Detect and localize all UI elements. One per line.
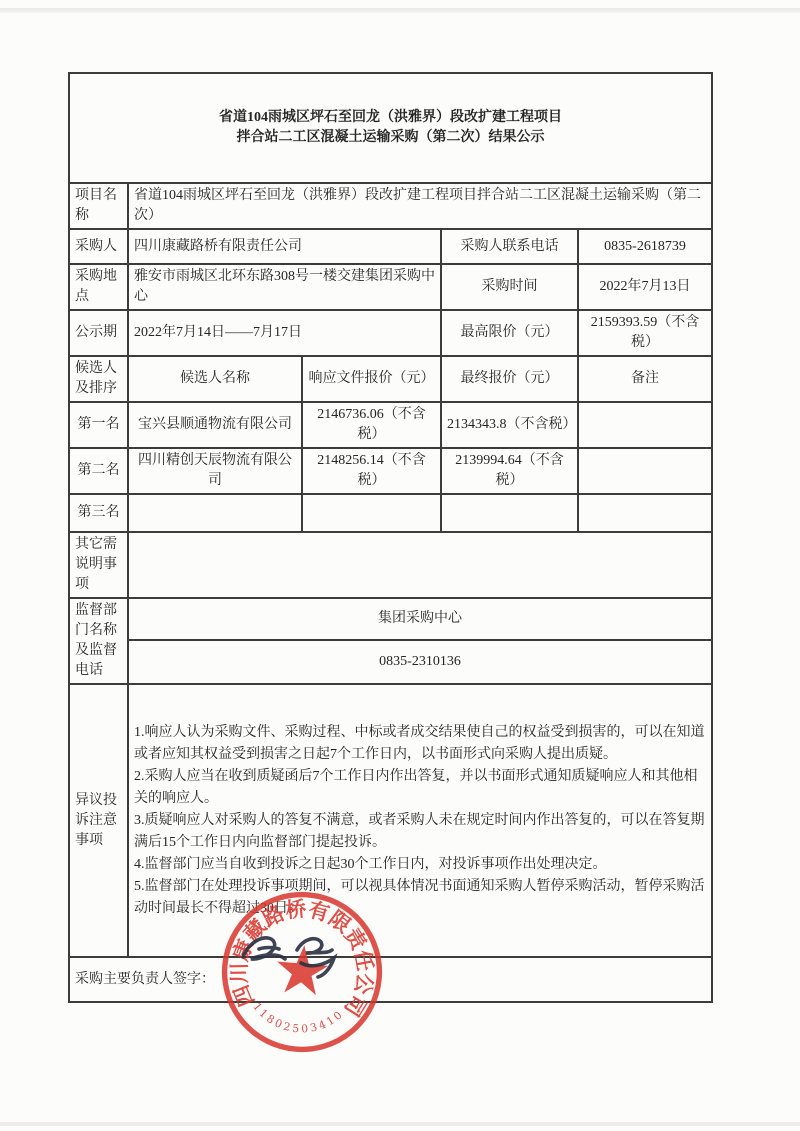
note-cell [578,402,712,448]
supervision-phone: 0835-2310136 [128,640,712,684]
title-line-1: 省道104雨城区坪石至回龙（洪雅界）段改扩建工程项目 [75,108,706,128]
price-limit-value: 2159393.59（不含税） [578,310,712,356]
signature-line: 采购主要负责人签字： [69,957,712,1002]
rank-cell: 第二名 [69,448,128,494]
response-price-cell [302,494,441,532]
scan-artifact-top [0,8,800,13]
col-header-candidate-name: 候选人名称 [128,356,302,402]
publicity-row: 公示期 2022年7月14日——7月17日 最高限价（元） 2159393.59… [69,310,712,356]
supervision-department: 集团采购中心 [128,598,712,640]
signature-label: 采购主要负责人签字： [75,972,215,987]
objection-content: 1.响应人认为采购文件、采购过程、中标或者成交结果使自己的权益受到损害的，可以在… [128,684,712,957]
purchaser-row: 采购人 四川康藏路桥有限责任公司 采购人联系电话 0835-2618739 [69,229,712,264]
rank-cell: 第三名 [69,494,128,532]
candidate-row-1: 第一名 宝兴县顺通物流有限公司 2146736.06（不含税） 2134343.… [69,402,712,448]
objection-row: 异议投诉注意事项 1.响应人认为采购文件、采购过程、中标或者成交结果使自己的权益… [69,684,712,957]
candidates-header-row: 候选人及排序 候选人名称 响应文件报价（元） 最终报价（元） 备注 [69,356,712,402]
response-price-cell: 2146736.06（不含税） [302,402,441,448]
signature-row: 采购主要负责人签字： [69,957,712,1002]
candidate-row-2: 第二名 四川精创天辰物流有限公司 2148256.14（不含税） 2139994… [69,448,712,494]
candidate-name-cell: 宝兴县顺通物流有限公司 [128,402,302,448]
price-limit-label: 最高限价（元） [441,310,578,356]
location-value: 雅安市雨城区北环东路308号一楼交建集团采购中心 [128,264,441,310]
objection-clause-1: 1.响应人认为采购文件、采购过程、中标或者成交结果使自己的权益受到损害的，可以在… [134,722,706,766]
candidate-name-cell [128,494,302,532]
objection-label: 异议投诉注意事项 [69,684,128,957]
final-price-cell: 2134343.8（不含税） [441,402,578,448]
final-price-cell [441,494,578,532]
response-price-cell: 2148256.14（不含税） [302,448,441,494]
candidates-corner-label: 候选人及排序 [69,356,128,402]
col-header-note: 备注 [578,356,712,402]
note-cell [578,448,712,494]
scan-artifact-bottom [0,1122,800,1126]
project-name-value: 省道104雨城区坪石至回龙（洪雅界）段改扩建工程项目拌合站二工区混凝土运输采购（… [128,183,712,229]
project-name-label: 项目名称 [69,183,128,229]
document-title: 省道104雨城区坪石至回龙（洪雅界）段改扩建工程项目 拌合站二工区混凝土运输采购… [69,73,712,183]
purchase-time-value: 2022年7月13日 [578,264,712,310]
candidate-name-cell: 四川精创天辰物流有限公司 [128,448,302,494]
other-notes-label: 其它需说明事项 [69,532,128,598]
announcement-table: 省道104雨城区坪石至回龙（洪雅界）段改扩建工程项目 拌合站二工区混凝土运输采购… [68,72,713,1003]
objection-clause-5: 5.监督部门在处理投诉事项期间，可以视具体情况书面通知采购人暂停采购活动，暂停采… [134,876,706,920]
note-cell [578,494,712,532]
title-row: 省道104雨城区坪石至回龙（洪雅界）段改扩建工程项目 拌合站二工区混凝土运输采购… [69,73,712,183]
project-name-row: 项目名称 省道104雨城区坪石至回龙（洪雅界）段改扩建工程项目拌合站二工区混凝土… [69,183,712,229]
purchaser-phone-label: 采购人联系电话 [441,229,578,264]
purchase-time-label: 采购时间 [441,264,578,310]
objection-clause-4: 4.监督部门应当自收到投诉之日起30个工作日内，对投诉事项作出处理决定。 [134,854,706,876]
publicity-value: 2022年7月14日——7月17日 [128,310,441,356]
title-line-2: 拌合站二工区混凝土运输采购（第二次）结果公示 [75,128,706,148]
candidate-row-3: 第三名 [69,494,712,532]
scanned-document-page: 省道104雨城区坪石至回龙（洪雅界）段改扩建工程项目 拌合站二工区混凝土运输采购… [0,0,800,1131]
col-header-response-price: 响应文件报价（元） [302,356,441,402]
supervision-label: 监督部门名称及监督电话 [69,598,128,684]
final-price-cell: 2139994.64（不含税） [441,448,578,494]
other-notes-row: 其它需说明事项 [69,532,712,598]
purchaser-label: 采购人 [69,229,128,264]
location-row: 采购地点 雅安市雨城区北环东路308号一楼交建集团采购中心 采购时间 2022年… [69,264,712,310]
supervision-dept-row: 监督部门名称及监督电话 集团采购中心 [69,598,712,640]
supervision-phone-row: 0835-2310136 [69,640,712,684]
other-notes-value [128,532,712,598]
location-label: 采购地点 [69,264,128,310]
col-header-final-price: 最终报价（元） [441,356,578,402]
publicity-label: 公示期 [69,310,128,356]
purchaser-value: 四川康藏路桥有限责任公司 [128,229,441,264]
objection-clause-3: 3.质疑响应人对采购人的答复不满意，或者采购人未在规定时间内作出答复的，可以在答… [134,810,706,854]
purchaser-phone-value: 0835-2618739 [578,229,712,264]
rank-cell: 第一名 [69,402,128,448]
objection-clause-2: 2.采购人应当在收到质疑函后7个工作日内作出答复，并以书面形式通知质疑响应人和其… [134,766,706,810]
